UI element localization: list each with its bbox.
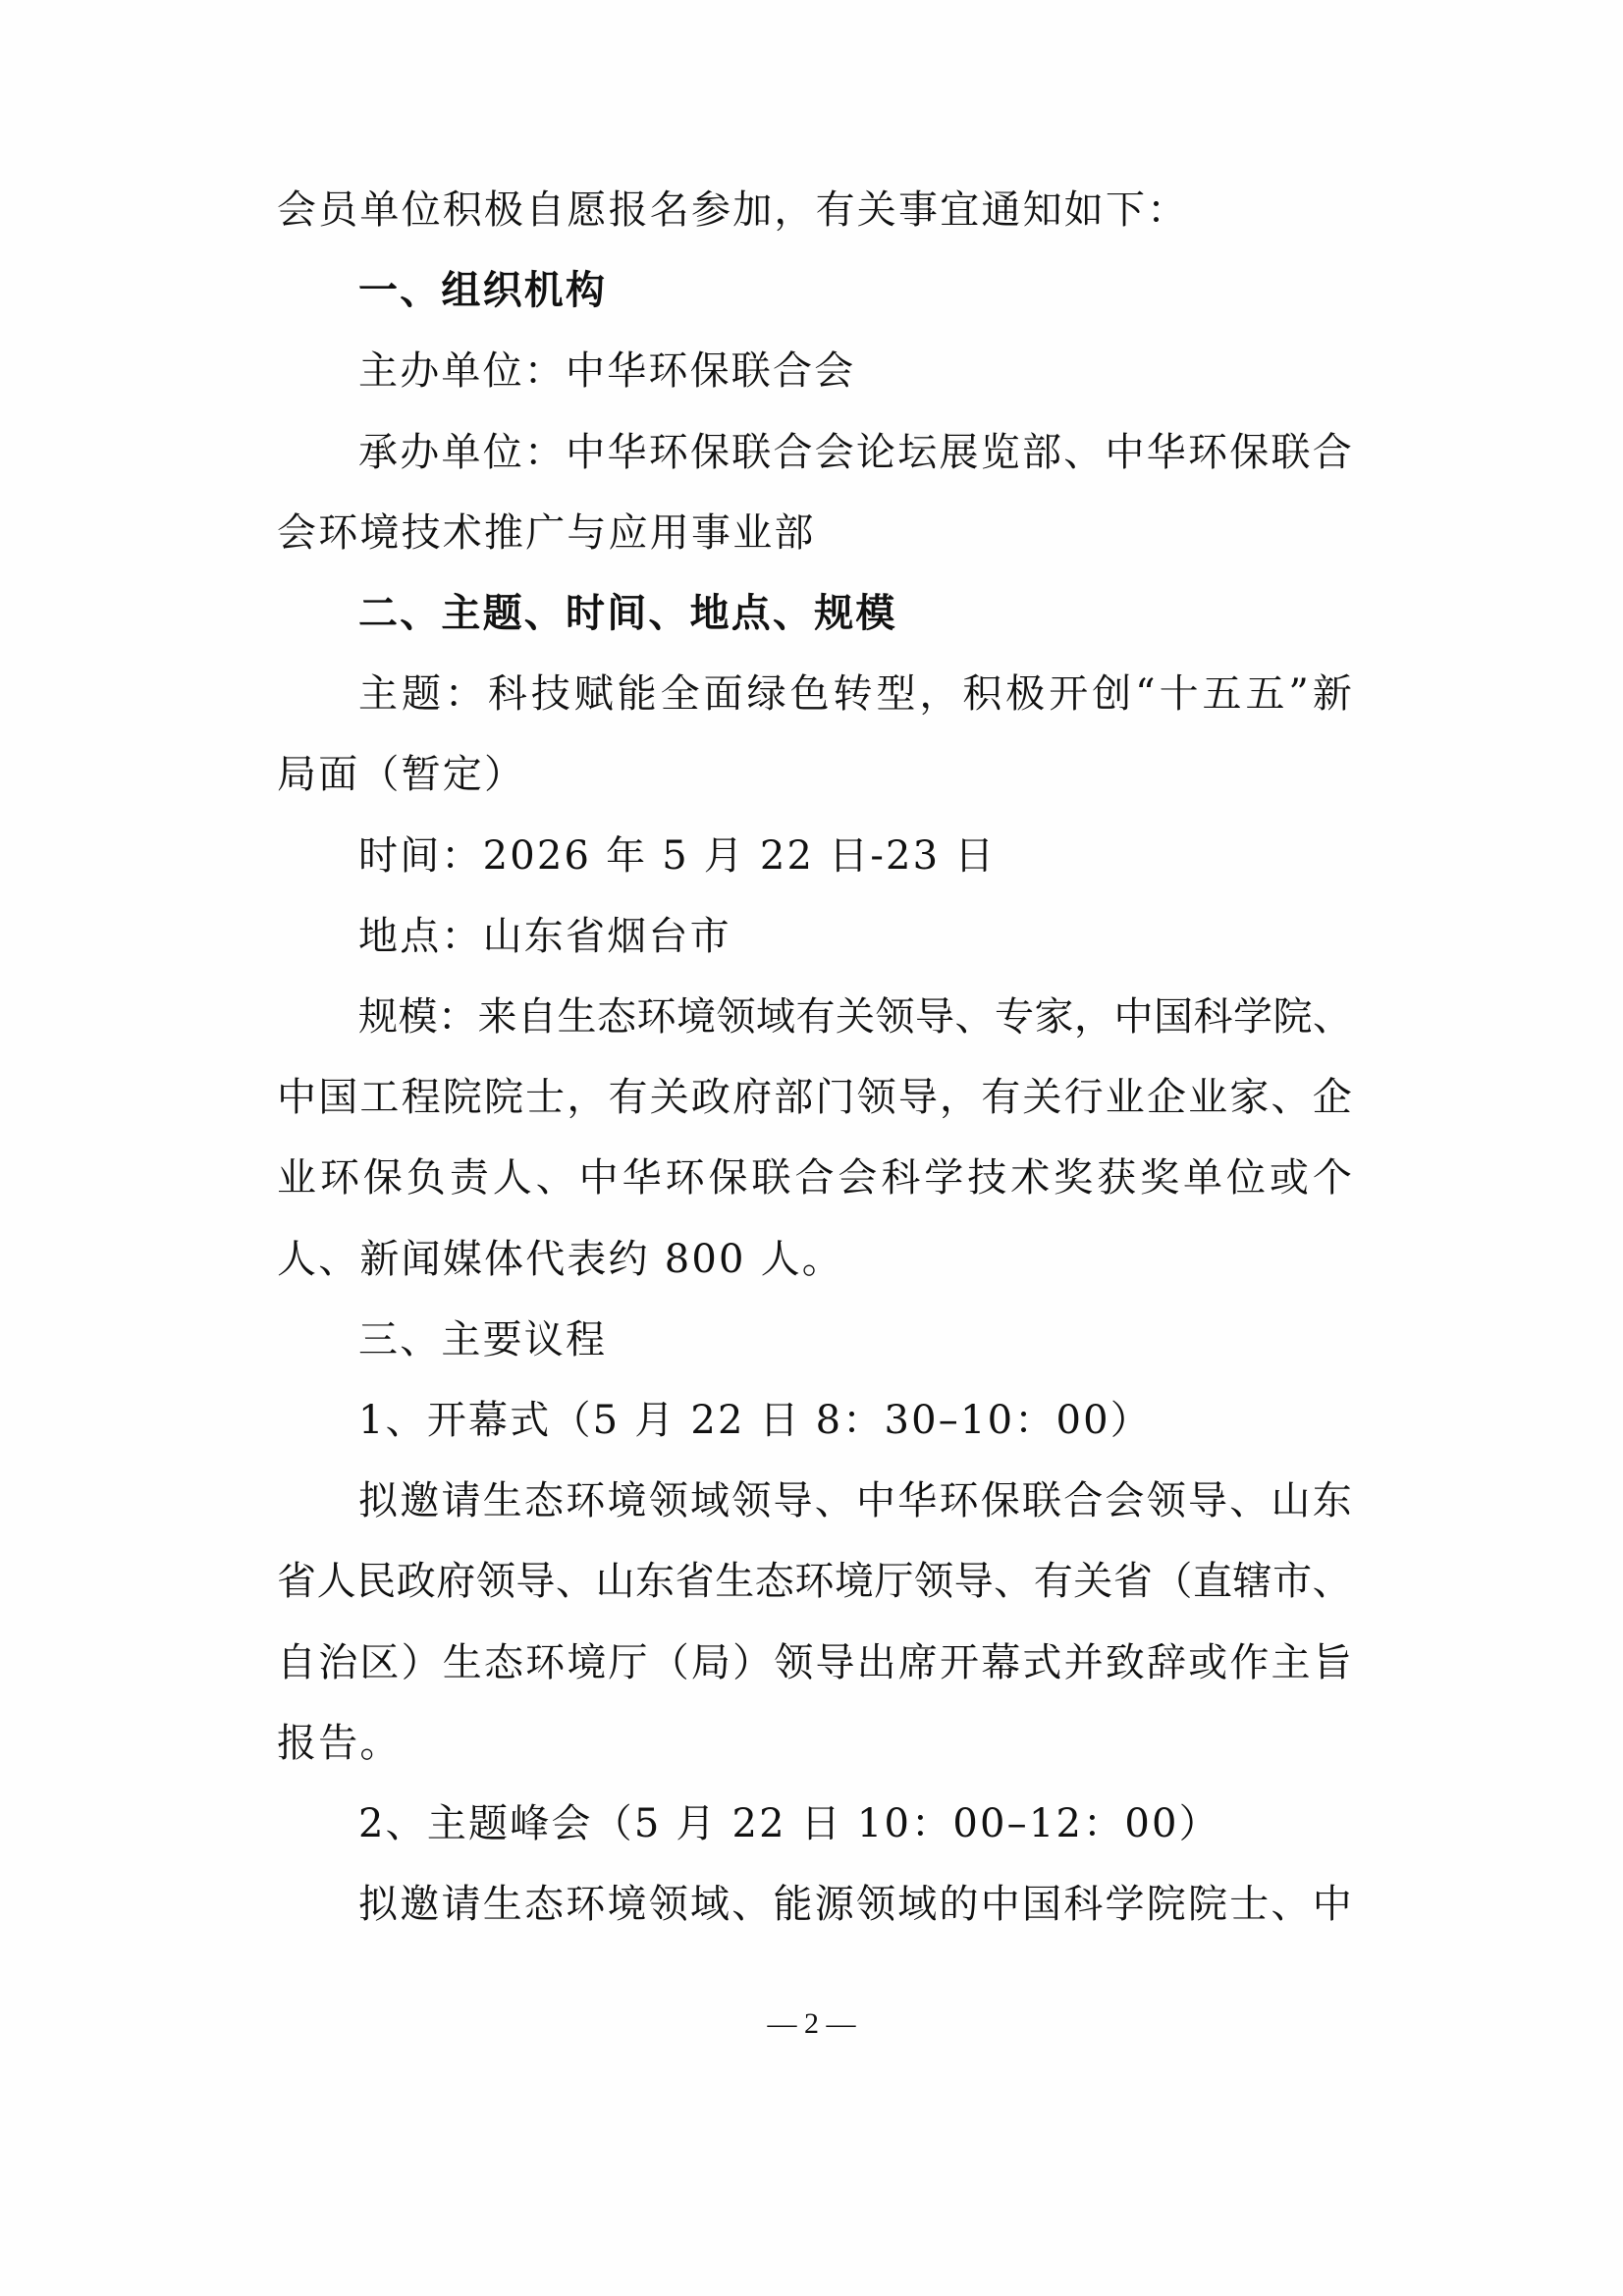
body-line-scale-cont-1: 中国工程院院士，有关政府部门领导，有关行业企业家、企 <box>277 1073 1352 1122</box>
agenda-item-opening: 1、开幕式（5 月 22 日 8：30–10：00） <box>358 1396 1352 1445</box>
agenda-item-summit: 2、主题峰会（5 月 22 日 10：00–12：00） <box>358 1799 1352 1848</box>
body-line-summit-desc: 拟邀请生态环境领域、能源领域的中国科学院院士、中 <box>358 1880 1352 1929</box>
body-line-time: 时间：2026 年 5 月 22 日-23 日 <box>358 831 1352 881</box>
body-line-opening-desc-2: 省人民政府领导、山东省生态环境厅领导、有关省（直辖市、 <box>277 1557 1352 1606</box>
body-line-organizer-cont: 会环境技术推广与应用事业部 <box>277 508 1352 558</box>
section-heading-theme-time-place-scale: 二、主题、时间、地点、规模 <box>358 589 1352 638</box>
body-line-theme: 主题：科技赋能全面绿色转型，积极开创“十五五”新 <box>358 669 1352 719</box>
body-line-location: 地点：山东省烟台市 <box>358 912 1352 961</box>
body-line-opening-desc-4: 报告。 <box>277 1719 1352 1768</box>
section-heading-agenda: 三、主要议程 <box>358 1315 1352 1364</box>
body-line-opening-desc: 拟邀请生态环境领域领导、中华环保联合会领导、山东 <box>358 1476 1352 1525</box>
body-line-intro: 会员单位积极自愿报名参加，有关事宜通知如下： <box>277 186 1352 235</box>
body-line-theme-cont: 局面（暂定） <box>277 750 1352 799</box>
body-line-organizer: 承办单位：中华环保联合会论坛展览部、中华环保联合 <box>358 428 1352 477</box>
body-line-scale-cont-2: 业环保负责人、中华环保联合会科学技术奖获奖单位或个 <box>277 1153 1352 1202</box>
section-heading-organization: 一、组织机构 <box>358 266 1352 315</box>
body-line-opening-desc-3: 自治区）生态环境厅（局）领导出席开幕式并致辞或作主旨 <box>277 1638 1352 1687</box>
page-number: — 2 — <box>0 2006 1623 2042</box>
body-line-scale-cont-3: 人、新闻媒体代表约 800 人。 <box>277 1235 1352 1284</box>
body-line-scale: 规模：来自生态环境领域有关领导、专家，中国科学院、 <box>358 992 1352 1041</box>
document-page: 会员单位积极自愿报名参加，有关事宜通知如下： 一、组织机构 主办单位：中华环保联… <box>0 0 1623 2296</box>
body-line-host: 主办单位：中华环保联合会 <box>358 347 1352 396</box>
